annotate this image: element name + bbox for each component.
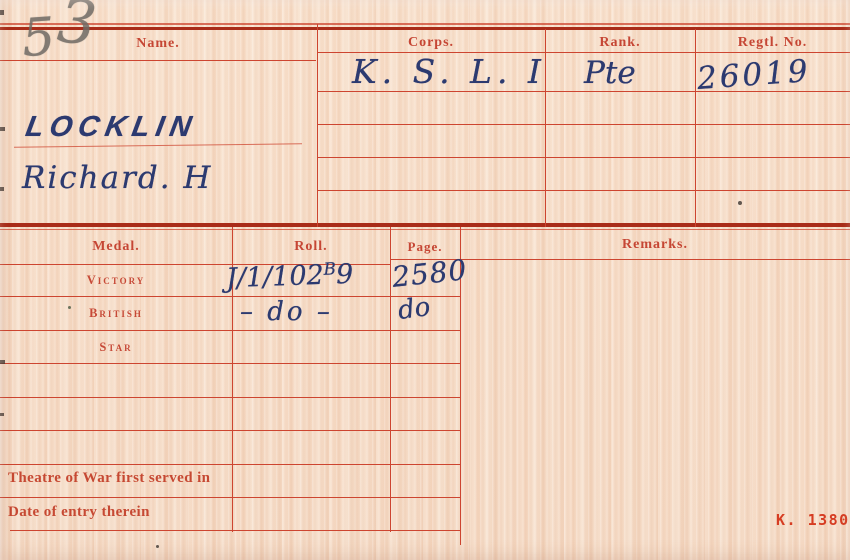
medal-row-star: Star [0,340,232,355]
edge-mark [0,187,4,191]
rank-value: Pte [584,55,636,91]
pencil-number-digit-3: 3 [54,0,99,60]
row-line [317,157,850,158]
rank-regtl-divider [695,29,696,227]
grid-row-line [0,363,460,364]
grid-bottom-line [10,530,460,531]
top-rule-thin [0,23,850,25]
grid-row-line [0,397,460,398]
roll-value-superscript: B [323,258,336,278]
regtl-no-header: Regtl. No. [695,35,850,51]
grid-row-line [0,330,460,331]
row-line [317,190,850,191]
page-value-row2: do [396,292,432,326]
forenames-value: Richard. H [22,160,212,196]
roll-value-row2: – do – [240,297,333,327]
corps-value: K. S. L. I [352,52,546,91]
form-number: K. 1380 [776,511,850,529]
rank-header: Rank. [545,35,695,51]
pencil-number-digit-5: 5 [20,7,57,69]
medal-index-card: Name. Corps. Rank. Regtl. No. Medal. Rol… [0,0,850,560]
row-line [317,124,850,125]
section-divider-heavy [0,223,850,227]
edge-mark [0,413,4,416]
ink-speck [156,545,159,548]
date-of-entry-label: Date of entry therein [8,504,150,521]
grid-row-line [0,497,460,498]
top-rule-heavy [0,27,850,30]
roll-value-main: J/1/102 [226,260,325,294]
edge-mark [0,127,5,131]
remarks-header: Remarks. [460,237,850,253]
medal-row-victory: Victory [0,273,232,288]
edge-mark [0,360,5,364]
ink-speck [738,201,742,205]
surname-value: LOCKLIN [23,111,200,144]
page-header: Page. [390,239,460,255]
corps-header: Corps. [317,35,545,51]
roll-value-tail: 9 [335,259,353,291]
name-corps-divider [317,24,318,227]
grid-row-line [0,464,460,465]
section-divider-thin [0,229,850,230]
grid-row-line [0,430,460,431]
roll-value-row1: J/1/102B9 [225,258,353,294]
grid-row-line [0,296,460,297]
page-value-row1: 2580 [390,253,468,294]
theatre-of-war-label: Theatre of War first served in [8,470,210,487]
medal-row-british: British [0,306,232,321]
roll-header: Roll. [232,239,390,255]
edge-mark [0,10,4,15]
ink-speck [68,306,71,309]
medal-header: Medal. [0,239,232,255]
